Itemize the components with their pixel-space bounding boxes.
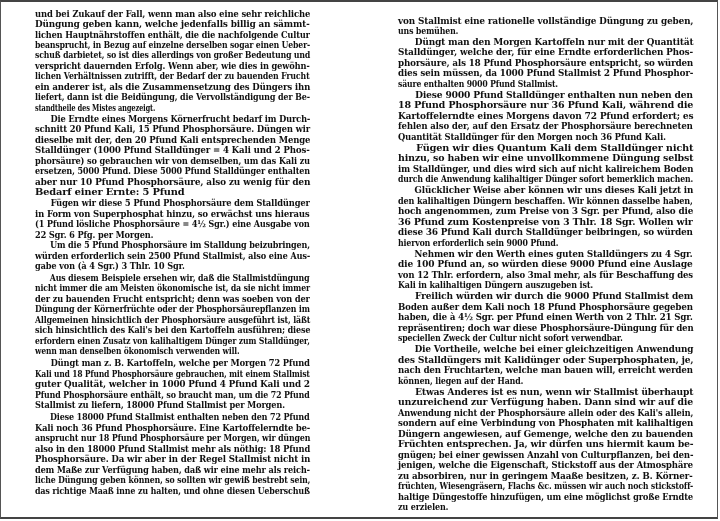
text-line: gabe von (à 4 Sgr.) 3 Thlr. 10 Sgr. (35, 262, 185, 272)
text-line: Kali in kalihaltigen Düngern auszugeben … (398, 281, 593, 291)
text-line: können, liegen auf der Hand. (398, 377, 523, 387)
text-line: zu erzielen. (398, 503, 448, 513)
text-line: Früchten entsprechen. Ja, wir dürfen uns… (398, 440, 693, 450)
text-line: hoch angenommen, zum Preise von 3 Sgr. p… (398, 207, 693, 217)
text-line: hinzu, so haben wir eine unvollkommene D… (398, 154, 693, 164)
text-line: Quantität Stalldünger für den Morgen noc… (398, 133, 666, 143)
text-line: standtheile des Mistes angezeigt. (35, 104, 155, 114)
text-line: hiervon erforderlich sein 9000 Pfund. (398, 239, 558, 249)
text-line: dies sein müssen, da 1000 Pfund Stallmis… (398, 69, 693, 79)
text-line: nach den Fruchtarten, welche man bauen w… (398, 366, 693, 376)
text-line: liefert, dann ist die Beidüngung, die Ve… (35, 93, 310, 103)
text-line: ersetzen, 5000 Pfund. Diese 5000 Pfund S… (35, 167, 310, 177)
text-line: früchten, Wiesengräsern, Flachs &c. müss… (398, 482, 693, 492)
text-line: speciellen Zweck der Cultur nicht sofort… (398, 334, 623, 344)
text-line: sich hinsichtlich des Kali's bei den Kar… (35, 326, 310, 336)
text-line: Düngung geben kann, welche jedenfalls bi… (35, 20, 310, 30)
text-line: nicht immer die am Meisten ökonomische i… (35, 284, 310, 294)
text-line: durch die Anwendung kalihaltiger Dünger … (398, 175, 693, 185)
text-line: Düngung der Körnerfrüchte oder der Phosp… (35, 305, 310, 315)
text-line: säure enthalten 9000 Pfund Stallmist. (398, 80, 558, 90)
text-line: guter Qualität, welcher in 1000 Pfund 4 … (35, 380, 310, 390)
left-page: und bei Zukauf der Fall, wenn man also e… (35, 0, 310, 521)
text-line: Bedarf einer Ernte: 5 Pfund (35, 188, 185, 198)
text-line: haben, die à 4½ Sgr. per Pfund einen Wer… (398, 313, 693, 323)
text-line: fehlen also der, auf den Ersatz der Phos… (398, 122, 693, 132)
text-line: schnitt 20 Pfund Kali, 15 Pfund Phosphor… (35, 125, 310, 135)
text-line: Diese 18000 Pfund Stallmist enthalten ne… (35, 413, 310, 423)
text-line: wenn man denselben ökonomisch verwenden … (35, 347, 240, 357)
text-line: sondern auf eine Verbindung von Phosphat… (398, 419, 693, 429)
text-line: lichen Verhältnissen zutrifft, der Bedar… (35, 72, 310, 82)
text-line: diese 36 Pfund Kali durch Stalldünger be… (398, 228, 693, 238)
text-line: (1 Pfund lösliche Phosphorsäure = 4½ Sgr… (35, 220, 310, 230)
text-line: schuß darbietet, so ist dies allerdings … (35, 51, 310, 61)
text-line: liche Düngung geben können, so sollten w… (35, 476, 310, 486)
right-page: von Stallmist eine rationelle vollständi… (398, 0, 693, 521)
text-line: 18 Pfund Phosphorsäure nur 36 Pfund Kali… (398, 101, 693, 111)
text-line: jenigen, welche die Eigenschaft, Stickst… (398, 461, 693, 471)
text-line: Um die 5 Pfund Phosphorsäure im Stalldun… (35, 241, 310, 251)
text-line: das richtige Maaß inne zu halten, und oh… (35, 487, 310, 497)
text-line: Düngt man z. B. Kartoffeln, welche per M… (35, 359, 310, 369)
text-line: Stalldünger (1000 Pfund Stalldünger = 4 … (35, 146, 310, 156)
text-line: Phosphorsäure. Da wir aber in der Regel … (35, 455, 310, 465)
text-line: ansprucht nur 18 Pfund Phosphorsäure per… (35, 434, 310, 444)
text-line: Stalldünger, welche der, für eine Erndte… (398, 48, 693, 58)
text-line: Fügen wir diese 5 Pfund Phosphorsäure de… (35, 199, 310, 209)
text-line: die 100 Pfund an, so würden diese 9000 P… (398, 260, 693, 270)
text-line: Glücklicher Weise aber können wir uns di… (398, 186, 693, 196)
text-line: unzureichend zur Verfügung haben. Dann s… (398, 398, 693, 408)
text-line: Die Vortheile, welche bei einer gleichze… (398, 345, 693, 355)
text-line: Stallmist zu liefern, 18000 Pfund Stallm… (35, 401, 285, 411)
text-line: uns bemühen. (398, 27, 458, 37)
text-line: Freilich würden wir durch die 9000 Pfund… (398, 292, 693, 302)
